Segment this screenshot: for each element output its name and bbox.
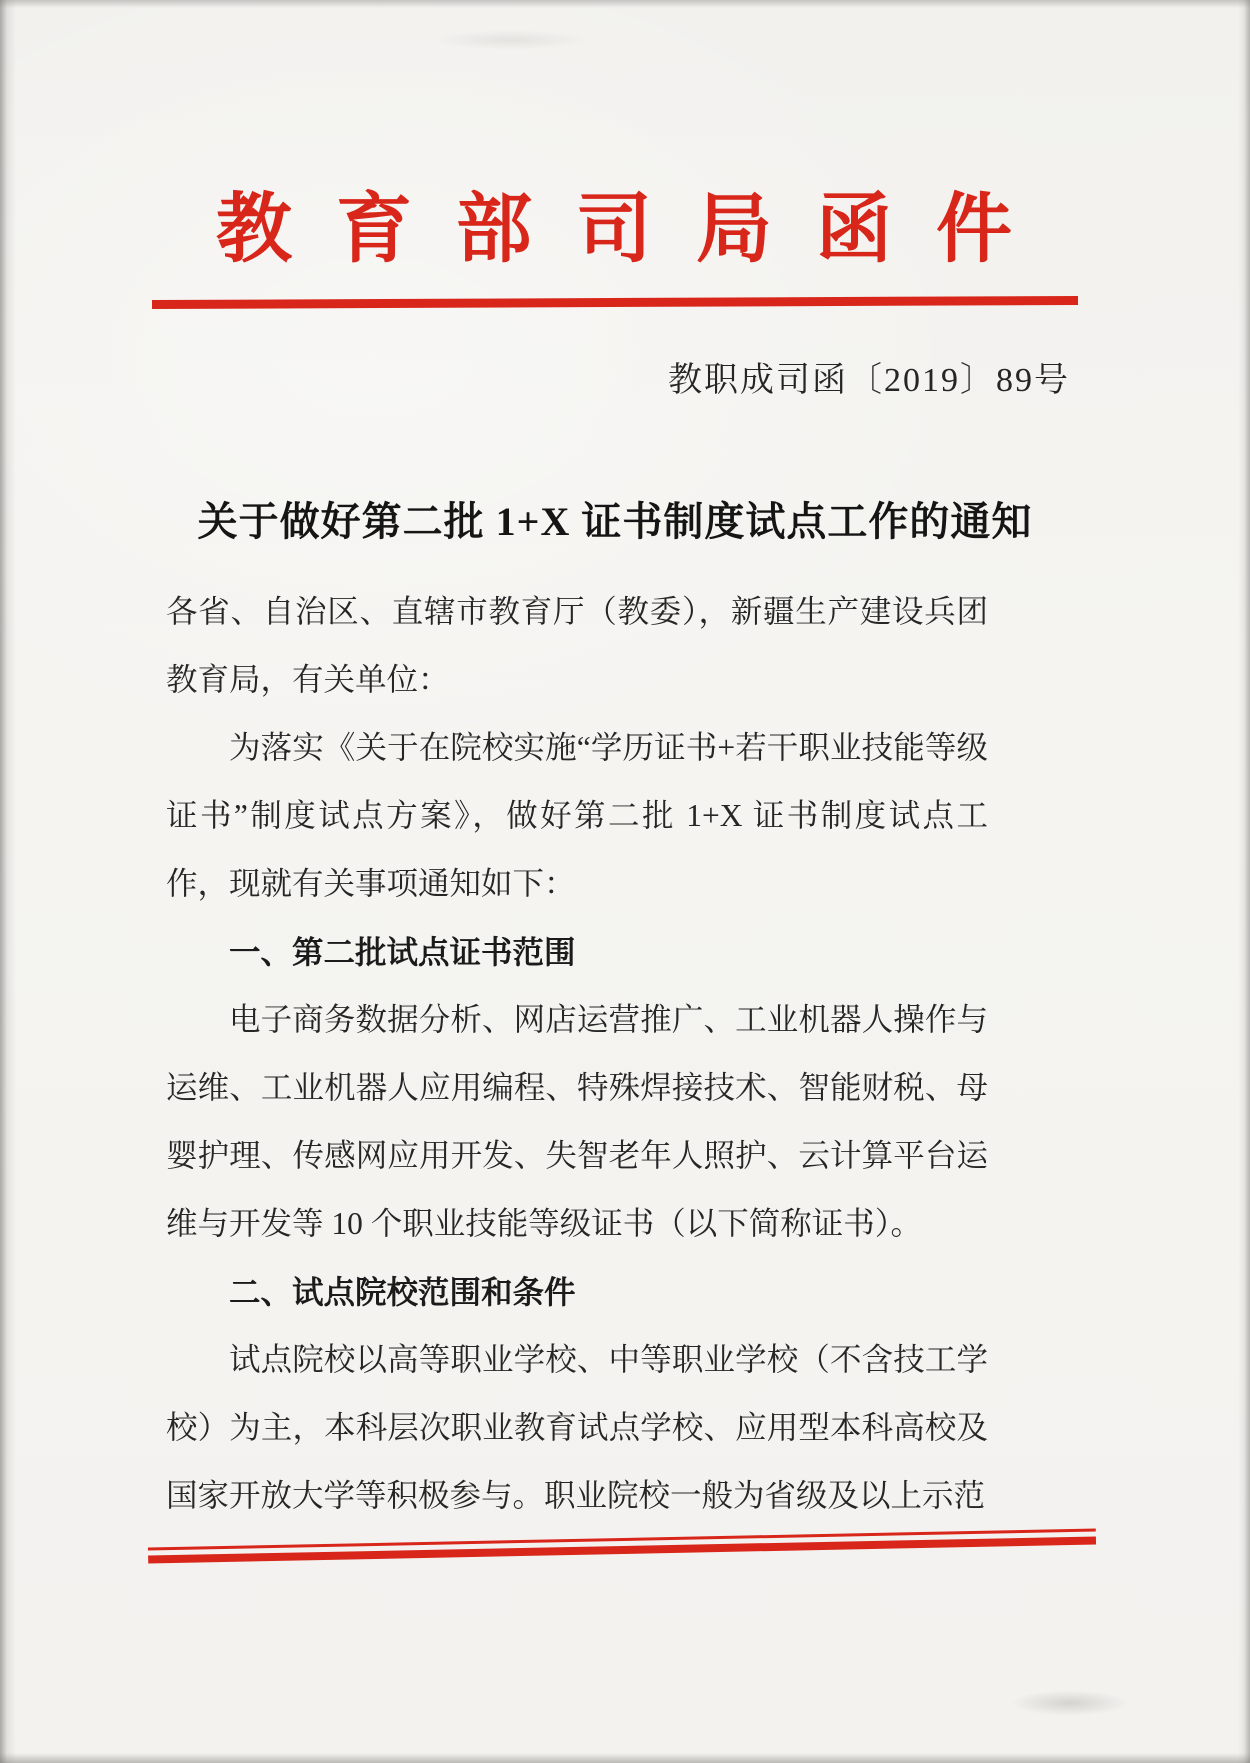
scan-edge-bottom — [0, 1753, 1250, 1763]
salutation-paragraph: 各省、自治区、直辖市教育厅（教委），新疆生产建设兵团教育局，有关单位： — [166, 578, 988, 714]
section-2-paragraph: 试点院校以高等职业学校、中等职业学校（不含技工学校）为主，本科层次职业教育试点学… — [166, 1326, 988, 1530]
section-1-paragraph: 电子商务数据分析、网店运营推广、工业机器人操作与运维、工业机器人应用编程、特殊焊… — [166, 986, 988, 1258]
document-number: 教职成司函〔2019〕89号 — [668, 352, 1070, 401]
footer-rule — [148, 1528, 1096, 1563]
letterhead-rule — [152, 296, 1078, 309]
intro-paragraph: 为落实《关于在院校实施“学历证书+若干职业技能等级证书”制度试点方案》，做好第二… — [166, 714, 988, 918]
document-title: 关于做好第二批 1+X 证书制度试点工作的通知 — [152, 490, 1078, 547]
document-body: 各省、自治区、直辖市教育厅（教委），新疆生产建设兵团教育局，有关单位： 为落实《… — [166, 578, 988, 1530]
section-heading-2: 二、试点院校范围和条件 — [166, 1258, 988, 1326]
scan-smudge — [1010, 1690, 1130, 1716]
scan-edge-top — [0, 0, 1250, 8]
section-heading-1: 一、第二批试点证书范围 — [166, 918, 988, 986]
scanned-letter-page: 教育部司局函件 教职成司函〔2019〕89号 关于做好第二批 1+X 证书制度试… — [0, 0, 1250, 1763]
scan-smudge — [430, 30, 590, 50]
letterhead-title: 教育部司局函件 — [0, 168, 1250, 277]
